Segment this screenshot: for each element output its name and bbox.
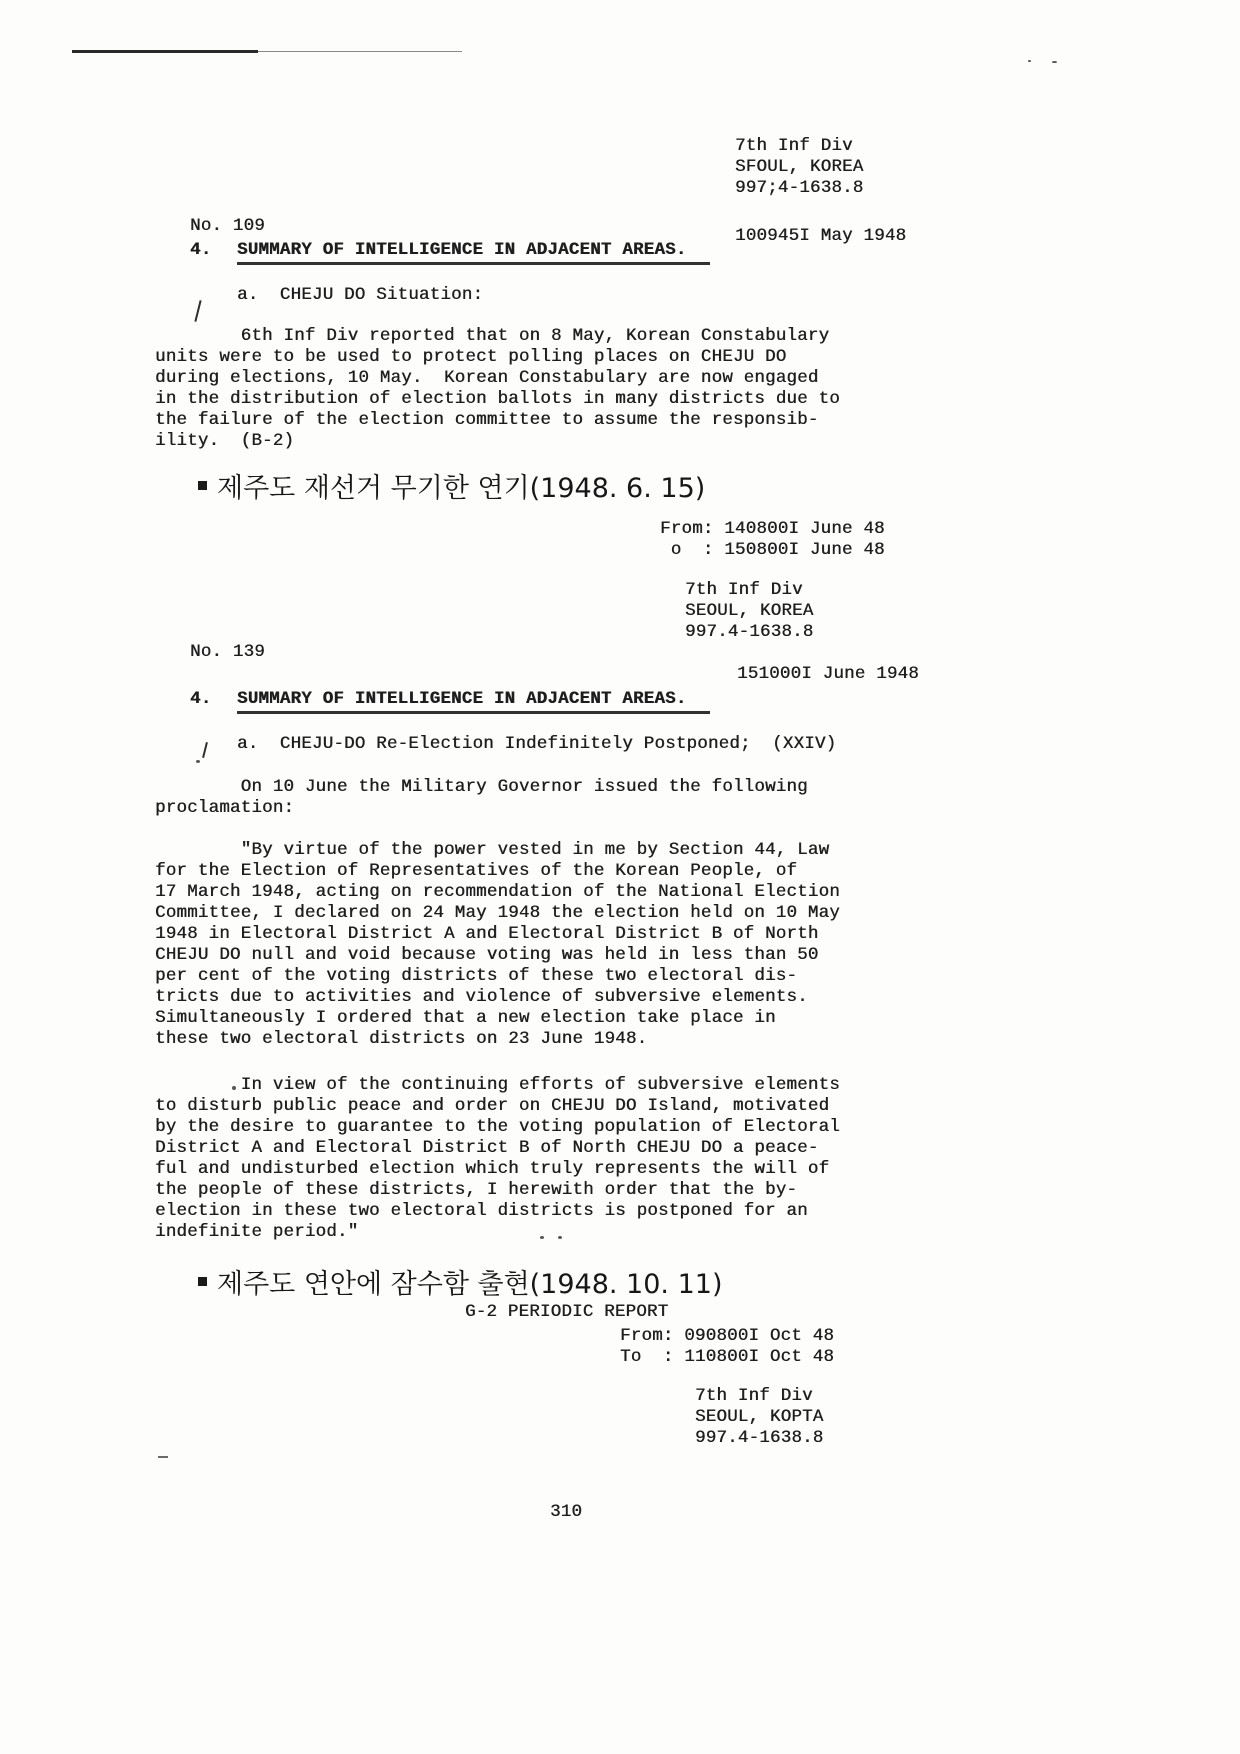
report-number: No. 139 [190,642,265,663]
scan-artifact-dot [540,1236,544,1239]
scan-artifact-dot [1052,61,1057,63]
letterhead-city: SEOUL, KOREA [685,601,813,622]
letterhead-file-number: 997.4-1638.8 [695,1428,823,1449]
body-paragraph: 6th Inf Div reported that on 8 May, Kore… [155,326,840,452]
scan-artifact-dot [558,1236,562,1239]
proclamation-paragraph: "By virtue of the power vested in me by … [155,840,840,1050]
korean-annotation: 제주도 재선거 무기한 연기(1948. 6. 15) [198,466,705,505]
letterhead-unit: 7th Inf Div [685,580,803,601]
proclamation-paragraph: In view of the continuing efforts of sub… [155,1075,840,1243]
scan-artifact-slash [194,300,201,322]
scan-artifact-slash [202,742,208,758]
scan-artifact-dot [196,760,200,763]
square-bullet-icon [198,1277,207,1286]
scan-artifact-line [72,50,258,53]
section-title: SUMMARY OF INTELLIGENCE IN ADJACENT AREA… [237,689,710,714]
korean-annotation-text: 제주도 재선거 무기한 연기(1948. 6. 15) [217,466,705,505]
page-number: 310 [550,1502,582,1523]
message-from-to: From: 090800I Oct 48 To : 110800I Oct 48 [620,1326,834,1368]
square-bullet-icon [198,481,207,490]
body-paragraph: On 10 June the Military Governor issued … [155,777,808,819]
scan-artifact-dash [158,1456,168,1458]
letterhead-file-number: 997.4-1638.8 [685,622,813,643]
message-from-to: From: 140800I June 48 o : 150800I June 4… [660,519,885,561]
letterhead-city: SEOUL, KOPTA [695,1407,823,1428]
letterhead-unit: 7th Inf Div [735,136,853,157]
korean-annotation: 제주도 연안에 잠수함 출현(1948. 10. 11) [198,1262,722,1301]
subsection-item: a. CHEJU-DO Re-Election Indefinitely Pos… [237,734,836,755]
date-time-group: 100945I May 1948 [735,226,906,247]
date-time-group: 151000I June 1948 [737,664,919,685]
letterhead-city: SFOUL, KOREA [735,157,863,178]
korean-annotation-text: 제주도 연안에 잠수함 출현(1948. 10. 11) [217,1262,722,1301]
report-number: No. 109 [190,216,265,237]
section-number: 4. [190,689,211,710]
letterhead-unit: 7th Inf Div [695,1386,813,1407]
scan-artifact-line [258,51,462,52]
subsection-item: a. CHEJU DO Situation: [237,285,483,306]
document-page: 7th Inf Div SFOUL, KOREA 997;4-1638.8 No… [0,0,1240,1754]
section-title: SUMMARY OF INTELLIGENCE IN ADJACENT AREA… [237,240,710,265]
section-number: 4. [190,240,211,261]
scan-artifact-dot [1028,60,1031,62]
letterhead-file-number: 997;4-1638.8 [735,178,863,199]
report-title: G-2 PERIODIC REPORT [465,1302,668,1323]
